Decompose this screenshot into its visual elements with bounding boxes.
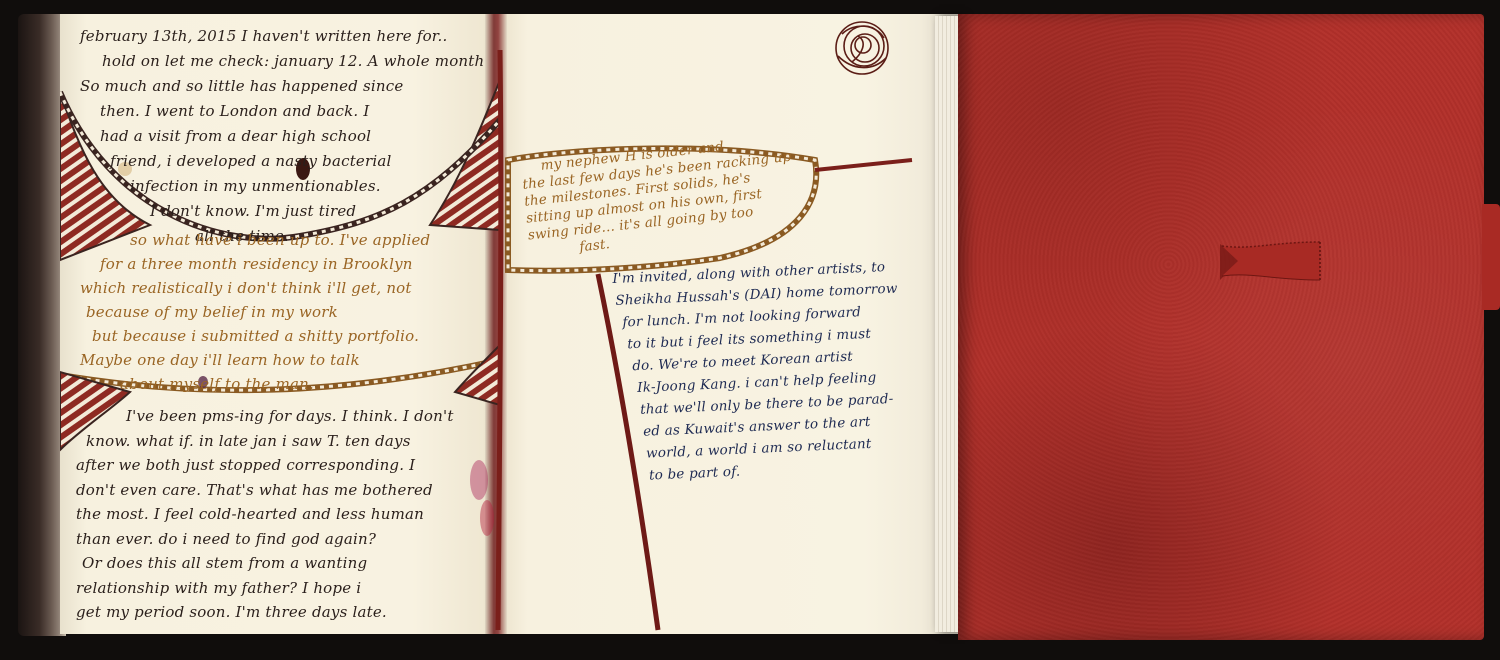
text-line: because of my belief in my work (86, 300, 430, 324)
text-line: so what have i been up to. I've applied (130, 228, 430, 252)
text-line: I don't know. I'm just tired (150, 199, 484, 224)
journal-entry-lunch-invite: I'm invited, along with other artists, t… (612, 256, 906, 488)
journal-entry-pms: I've been pms-ing for days. I think. I d… (76, 404, 454, 625)
text-line: than ever. do i need to find god again? (76, 527, 454, 552)
pink-stain (470, 460, 488, 500)
text-line: don't even care. That's what has me both… (76, 478, 454, 503)
text-line: get my period soon. I'm three days late. (76, 600, 454, 625)
text-line: which realistically i don't think i'll g… (80, 276, 430, 300)
text-line: hold on let me check: january 12. A whol… (102, 49, 484, 74)
text-line: Maybe one day i'll learn how to talk (80, 348, 430, 372)
text-line: know. what if. in late jan i saw T. ten … (86, 429, 454, 454)
text-line: for a three month residency in Brooklyn (100, 252, 430, 276)
journal-entry-residency: so what have i been up to. I've applied … (80, 228, 430, 396)
text-line: infection in my unmentionables. (130, 174, 484, 199)
text-line: the most. I feel cold-hearted and less h… (76, 502, 454, 527)
text-line: about myself to the man. (120, 372, 430, 396)
text-line: but because i submitted a shitty portfol… (92, 324, 430, 348)
text-line: So much and so little has happened since (80, 74, 484, 99)
rose-doodle-icon (836, 22, 888, 74)
text-line: february 13th, 2015 I haven't written he… (80, 24, 484, 49)
text-line: friend, i developed a nasty bacterial (110, 149, 484, 174)
text-line: then. I went to London and back. I (100, 99, 484, 124)
pink-stain (480, 500, 494, 536)
text-line: I've been pms-ing for days. I think. I d… (126, 404, 454, 429)
text-line: relationship with my father? I hope i (76, 576, 454, 601)
text-line: after we both just stopped corresponding… (76, 453, 454, 478)
journal-photo: february 13th, 2015 I haven't written he… (0, 0, 1500, 660)
text-line: had a visit from a dear high school (100, 124, 484, 149)
journal-entry-feb-13: february 13th, 2015 I haven't written he… (80, 24, 484, 249)
text-line: Or does this all stem from a wanting (82, 551, 454, 576)
